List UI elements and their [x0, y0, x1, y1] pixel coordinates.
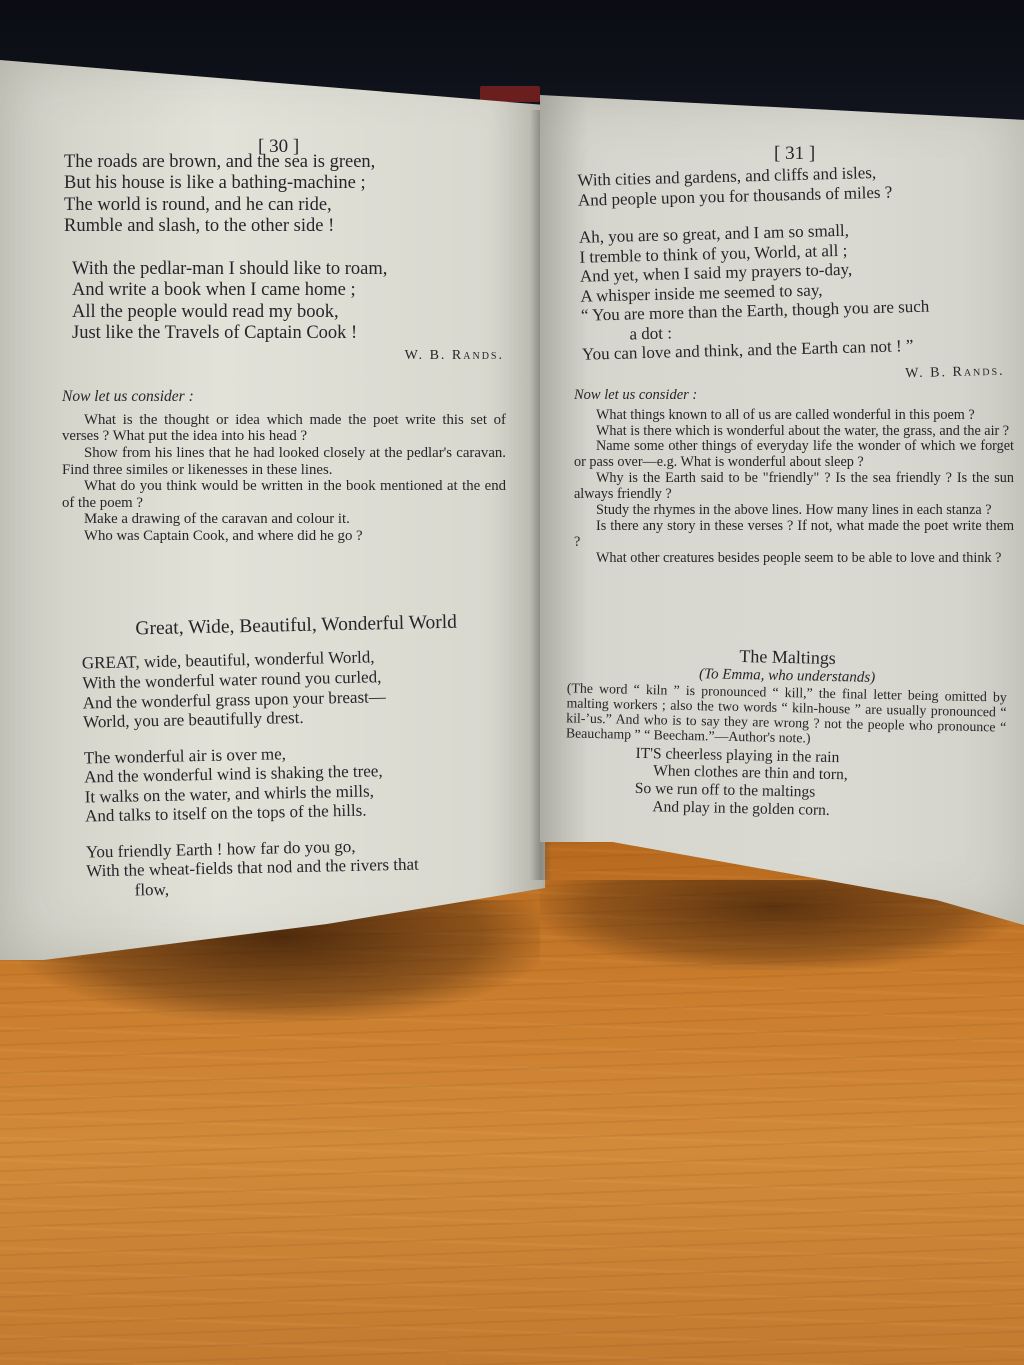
author-signature: W. B. Rands.	[64, 348, 504, 364]
consider-section-left: Now let us consider : What is the though…	[62, 378, 506, 544]
poem-the-maltings: The Maltings (To Emma, who understands) …	[564, 642, 1008, 823]
poem-line: But his house is like a bathing-machine …	[64, 173, 504, 194]
question: Is there any story in these verses ? If …	[574, 519, 1014, 551]
stanza: Ah, you are so great, and I am so small,…	[579, 216, 1022, 364]
right-page: [ 31 ] With cities and gardens, and clif…	[540, 95, 1024, 925]
question: Make a drawing of the caravan and colour…	[62, 511, 506, 528]
page-number-31: [ 31 ]	[774, 143, 815, 165]
consider-section-right: Now let us consider : What things known …	[574, 377, 1014, 567]
book-cover-edge	[480, 86, 540, 102]
poem-great-wide-world: Great, Wide, Beautiful, Wonderful World …	[81, 611, 517, 911]
poem-line: With the pedlar-man I should like to roa…	[72, 259, 504, 280]
consider-heading: Now let us consider :	[62, 388, 506, 406]
poem-stanza: IT'S cheerless playing in the rain When …	[564, 743, 1005, 823]
poem-continued: With cities and gardens, and cliffs and …	[577, 159, 1023, 390]
poem-line: Rumble and slash, to the other side !	[64, 216, 504, 237]
stanza: GREAT, wide, beautiful, wonderful World,…	[82, 645, 514, 732]
stanza: You friendly Earth ! how far do you go, …	[86, 833, 517, 901]
question: What is there which is wonderful about t…	[574, 424, 1014, 440]
left-page: [ 30 ] The roads are brown, and the sea …	[0, 60, 545, 960]
stanza: With cities and gardens, and cliffs and …	[577, 159, 1018, 210]
poem-line: Just like the Travels of Captain Cook !	[72, 323, 504, 344]
question: Study the rhymes in the above lines. How…	[574, 503, 1014, 519]
poem-line: And write a book when I came home ;	[72, 280, 504, 301]
question: Who was Captain Cook, and where did he g…	[62, 528, 506, 545]
poem-line: The roads are brown, and the sea is gree…	[64, 152, 504, 173]
question: Name some other things of everyday life …	[574, 439, 1014, 471]
poem-end-pedlar: The roads are brown, and the sea is gree…	[64, 152, 504, 364]
consider-heading: Now let us consider :	[574, 387, 1014, 404]
stanza: The wonderful air is over me, And the wo…	[84, 739, 516, 826]
question: What do you think would be written in th…	[62, 478, 506, 511]
poem-line: All the people would read my book,	[72, 302, 504, 323]
question: What other creatures besides people seem…	[574, 551, 1014, 567]
stanza: The roads are brown, and the sea is gree…	[64, 152, 504, 237]
question: What is the thought or idea which made t…	[62, 412, 506, 445]
author-note: (The word “ kiln ” is pronounced “ kill,…	[566, 680, 1007, 750]
question: What things known to all of us are calle…	[574, 408, 1014, 424]
question: Show from his lines that he had looked c…	[62, 445, 506, 478]
stanza: With the pedlar-man I should like to roa…	[64, 259, 504, 344]
poem-line: The world is round, and he can ride,	[64, 195, 504, 216]
question: Why is the Earth said to be "friendly" ?…	[574, 471, 1014, 503]
